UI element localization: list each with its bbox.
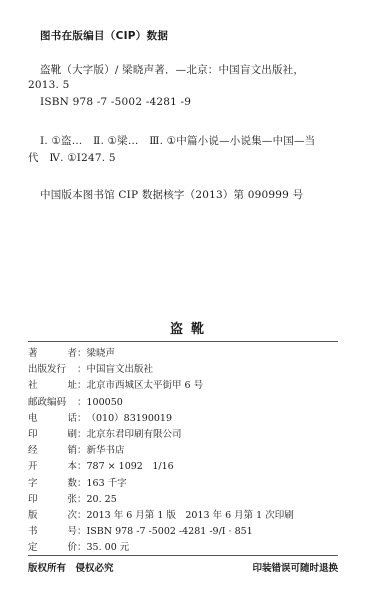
- label-char: 话: [67, 411, 77, 427]
- label-separator: ：: [77, 476, 87, 492]
- colophon-value: 20. 25: [87, 492, 117, 508]
- label-char: 数: [67, 476, 77, 492]
- colophon-row: 邮政编码：100050: [28, 395, 294, 411]
- label-separator: ：: [77, 508, 87, 524]
- label-separator: ：: [77, 411, 87, 427]
- label-separator: ：: [77, 459, 87, 475]
- label-char: 次: [67, 508, 77, 524]
- cip-heading: 图书在版编目（CIP）数据: [40, 28, 168, 43]
- label-char: 字: [28, 476, 38, 492]
- cip-line-classification: Ⅰ. ①盗… Ⅱ. ①梁… Ⅲ. ①中篇小说—小说集—中国—当: [40, 133, 315, 148]
- label-separator: ：: [77, 524, 87, 540]
- label-separator: ：: [77, 427, 87, 443]
- top-divider: [28, 341, 338, 342]
- colophon-value: 中国盲文出版社: [87, 362, 154, 378]
- colophon-value: 梁晓声: [87, 346, 116, 362]
- colophon-row: 印刷：北京东君印刷有限公司: [28, 427, 294, 443]
- cip-line-isbn: ISBN 978 -7 -5002 -4281 -9: [40, 96, 191, 108]
- cip-line-classification-cont: 代 Ⅳ. ①I247. 5: [28, 150, 116, 165]
- label-char: 址: [67, 378, 77, 394]
- colophon-row: 印张：20. 25: [28, 492, 294, 508]
- bottom-divider: [28, 555, 338, 556]
- copyright-notice: 版权所有 侵权必究: [28, 560, 114, 574]
- colophon-row: 电话：（010）83190019: [28, 411, 294, 427]
- colophon-label: 字数: [28, 476, 77, 492]
- label-char: 印: [28, 492, 38, 508]
- colophon-label: 版次: [28, 508, 77, 524]
- label-char: 刷: [67, 427, 77, 443]
- label-char: 经: [28, 443, 38, 459]
- label-char: 销: [67, 443, 77, 459]
- colophon-value: 新华书店: [87, 443, 125, 459]
- colophon-value: （010）83190019: [87, 411, 173, 427]
- cip-line-verification: 中国版本图书馆 CIP 数据核字（2013）第 090999 号: [40, 187, 303, 202]
- book-title: 盗靴: [0, 318, 382, 337]
- label-char: 开: [28, 459, 38, 475]
- colophon-label: 开本: [28, 459, 77, 475]
- label-char: 张: [67, 492, 77, 508]
- label-char: 出版发行: [28, 362, 66, 378]
- label-separator: ：: [77, 362, 87, 378]
- colophon-row: 开本：787 × 1092 1/16: [28, 459, 294, 475]
- colophon-label: 社址: [28, 378, 77, 394]
- colophon-label: 邮政编码: [28, 395, 77, 411]
- label-char: 书: [28, 524, 38, 540]
- colophon-value: 787 × 1092 1/16: [87, 459, 174, 475]
- label-separator: ：: [77, 395, 87, 411]
- colophon-row: 经销：新华书店: [28, 443, 294, 459]
- colophon-label: 出版发行: [28, 362, 77, 378]
- colophon-label: 印张: [28, 492, 77, 508]
- label-char: 著: [28, 346, 38, 362]
- label-separator: ：: [77, 346, 87, 362]
- label-char: 本: [67, 459, 77, 475]
- label-char: 邮政编码: [28, 395, 66, 411]
- label-char: 号: [67, 524, 77, 540]
- colophon-row: 版次：2013 年 6 月第 1 版 2013 年 6 月第 1 次印刷: [28, 508, 294, 524]
- colophon-row: 书号：ISBN 978 -7 -5002 -4281 -9/I · 851: [28, 524, 294, 540]
- colophon-label: 经销: [28, 443, 77, 459]
- colophon-value: ISBN 978 -7 -5002 -4281 -9/I · 851: [87, 524, 253, 540]
- colophon-value: 北京市西城区太平街甲 6 号: [87, 378, 204, 394]
- colophon-label: 著者: [28, 346, 77, 362]
- colophon-row: 社址：北京市西城区太平街甲 6 号: [28, 378, 294, 394]
- label-separator: ：: [77, 443, 87, 459]
- colophon-label: 印刷: [28, 427, 77, 443]
- label-char: 者: [67, 346, 77, 362]
- colophon-value: 163 千字: [87, 476, 127, 492]
- label-char: 印: [28, 427, 38, 443]
- colophon-label: 电话: [28, 411, 77, 427]
- colophon-label: 书号: [28, 524, 77, 540]
- label-separator: ：: [77, 492, 87, 508]
- cip-line-title: 盗靴（大字版）/ 梁晓声著．—北京：中国盲文出版社，: [40, 62, 304, 77]
- label-char: 社: [28, 378, 38, 394]
- colophon-row: 著者：梁晓声: [28, 346, 294, 362]
- label-separator: ：: [77, 378, 87, 394]
- colophon-table: 著者：梁晓声出版发行：中国盲文出版社社址：北京市西城区太平街甲 6 号邮政编码：…: [28, 346, 294, 557]
- colophon-value: 100050: [87, 395, 123, 411]
- colophon-row: 出版发行：中国盲文出版社: [28, 362, 294, 378]
- cip-line-date: 2013. 5: [28, 79, 69, 91]
- label-char: 电: [28, 411, 38, 427]
- colophon-row: 字数：163 千字: [28, 476, 294, 492]
- label-char: 版: [28, 508, 38, 524]
- colophon-value: 北京东君印刷有限公司: [87, 427, 182, 443]
- copyright-footer: 版权所有 侵权必究 印装错误可随时退换: [28, 560, 338, 574]
- colophon-value: 2013 年 6 月第 1 版 2013 年 6 月第 1 次印刷: [87, 508, 294, 524]
- return-policy: 印装错误可随时退换: [252, 560, 338, 574]
